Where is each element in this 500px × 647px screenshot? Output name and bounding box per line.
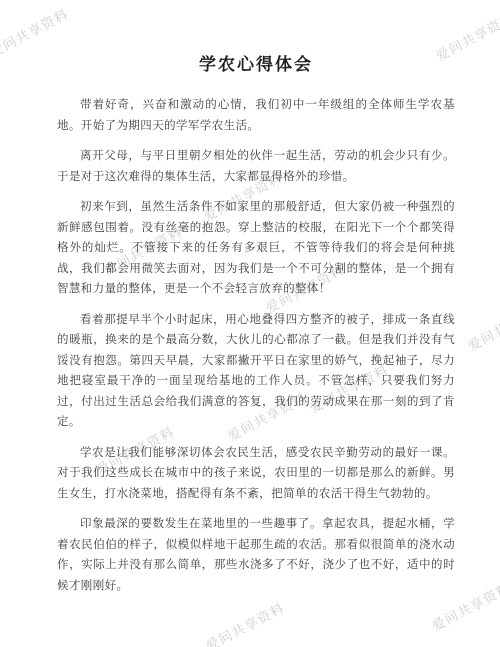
paragraph-5: 学农是让我们能够深切体会农民生活，感受农民辛勤劳动的最好一课。对于我们这些成长在… xyxy=(57,443,455,505)
paragraph-4: 看着那提早半个小时起床，用心地叠得四方整齐的被子，排成一条直线的暖瓶，换来的是个… xyxy=(57,310,455,433)
paragraph-1: 带着好奇，兴奋和激动的心情，我们初中一年级组的全体师生学农基地。开始了为期四天的… xyxy=(57,95,455,136)
page-title: 学农心得体会 xyxy=(57,50,455,75)
watermark: 爱问共享资料 xyxy=(464,297,500,355)
paragraph-2: 离开父母，与平日里朝夕相处的伙伴一起生活，劳动的机会少只有少。于是对于这次难得的… xyxy=(57,146,455,187)
paragraph-6: 印象最深的要数发生在菜地里的一些趣事了。拿起农具，提起水桶，学着农民伯伯的样子，… xyxy=(57,514,455,596)
paragraph-3: 初来乍到，虽然生活条件不如家里的那般舒适，但大家仍被一种强烈的新鲜感包围着。没有… xyxy=(57,197,455,300)
document-body: 学农心得体会 带着好奇，兴奋和激动的心情，我们初中一年级组的全体师生学农基地。开… xyxy=(57,50,455,606)
document-page: 爱问共享资料 爱问共享资料 爱问共享资料 爱问共享资料 爱问共享资料 爱问共享资… xyxy=(0,0,500,647)
